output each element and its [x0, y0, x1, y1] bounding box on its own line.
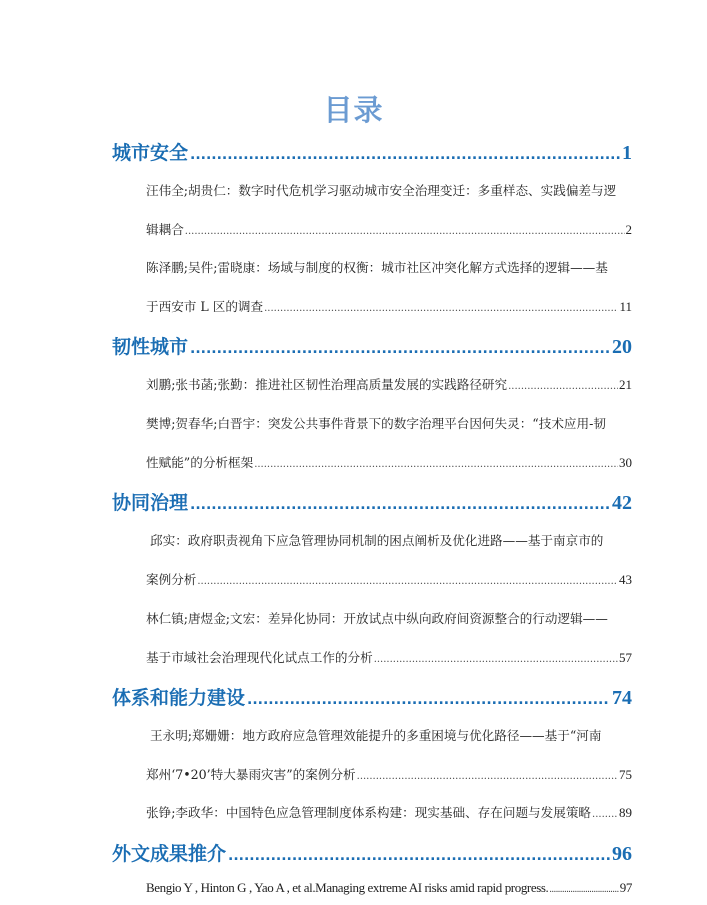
- table-of-contents-page: 目录 城市安全 1 汪伟全;胡贵仁：数字时代危机学习驱动城市安全治理变迁：多重样…: [0, 0, 707, 905]
- section-page-number: 20: [612, 336, 632, 359]
- entry-page-number: 11: [619, 299, 632, 315]
- section-page-number: 1: [622, 142, 632, 165]
- toc-entry-line[interactable]: 于西安市 L 区的调查 11: [146, 296, 632, 315]
- entry-page-number: 43: [619, 572, 632, 588]
- entry-title-cont: 性赋能”的分析框架: [146, 452, 253, 471]
- entry-title-cont: 郑州‘7•20’特大暴雨灾害”的案例分析: [146, 764, 356, 783]
- toc-entry-line[interactable]: 刘鹏;张书菡;张勤：推进社区韧性治理高质量发展的实践路径研究 21: [146, 374, 632, 393]
- section-heading: 韧性城市: [112, 332, 188, 359]
- entry-title: Bengio Y , Hinton G , Yao A , et al.Mana…: [146, 880, 548, 896]
- toc-entry-line[interactable]: 邱实：政府职责视角下应急管理协同机制的困点阐析及优化进路——基于南京市的: [150, 530, 632, 549]
- toc-entry-line[interactable]: 樊博;贺春华;白晋宇：突发公共事件背景下的数字治理平台因何失灵：“技术应用-韧: [146, 413, 632, 432]
- toc-entry-line[interactable]: 基于市域社会治理现代化试点工作的分析 57: [146, 647, 632, 666]
- toc-entry-line[interactable]: 案例分析 43: [146, 569, 632, 588]
- dot-leader: [190, 497, 610, 513]
- entry-title-cont: 于西安市 L 区的调查: [146, 296, 263, 315]
- toc-section-urban-safety[interactable]: 城市安全 1: [112, 138, 632, 165]
- toc-section-collaborative-governance[interactable]: 协同治理 42: [112, 488, 632, 515]
- toc-entry-line[interactable]: Bengio Y , Hinton G , Yao A , et al.Mana…: [146, 880, 632, 896]
- section-heading: 外文成果推介: [112, 839, 226, 866]
- dot-leader: [185, 226, 625, 237]
- entry-title: 陈泽鹏;吴件;雷晓康：场域与制度的权衡：城市社区冲突化解方式选择的逻辑——基: [146, 257, 608, 276]
- toc-entry-line[interactable]: 张铮;李政华：中国特色应急管理制度体系构建：现实基础、存在问题与发展策略 89: [146, 802, 632, 821]
- dot-leader: [508, 381, 618, 392]
- entry-page-number: 75: [619, 767, 632, 783]
- entry-title: 林仁镇;唐煜金;文宏：差异化协同：开放试点中纵向政府间资源整合的行动逻辑——: [146, 608, 608, 627]
- entry-page-number: 57: [619, 650, 632, 666]
- dot-leader: [228, 848, 610, 864]
- section-heading: 城市安全: [112, 138, 188, 165]
- section-page-number: 74: [612, 687, 632, 710]
- toc-entry-line[interactable]: 郑州‘7•20’特大暴雨灾害”的案例分析 75: [146, 764, 632, 783]
- toc-entry-line[interactable]: 陈泽鹏;吴件;雷晓康：场域与制度的权衡：城市社区冲突化解方式选择的逻辑——基: [146, 257, 632, 276]
- dot-leader: [247, 692, 610, 708]
- toc-section-foreign-research[interactable]: 外文成果推介 96: [112, 839, 632, 866]
- entry-title: 汪伟全;胡贵仁：数字时代危机学习驱动城市安全治理变迁：多重样态、实践偏差与逻: [146, 180, 616, 199]
- section-page-number: 96: [612, 843, 632, 866]
- toc-entry-line[interactable]: 辑耦合 2: [146, 219, 632, 238]
- toc-entry-line[interactable]: 汪伟全;胡贵仁：数字时代危机学习驱动城市安全治理变迁：多重样态、实践偏差与逻: [146, 180, 632, 199]
- dot-leader: [592, 809, 618, 820]
- entry-page-number: 2: [626, 222, 633, 238]
- entry-page-number: 97: [620, 880, 632, 896]
- toc-entry-line[interactable]: 王永明;郑姗姗：地方政府应急管理效能提升的多重困境与优化路径——基于“河南: [150, 725, 632, 744]
- section-page-number: 42: [612, 492, 632, 515]
- dot-leader: [357, 771, 618, 782]
- dot-leader: [374, 654, 618, 665]
- section-heading: 体系和能力建设: [112, 683, 245, 710]
- toc-section-resilient-city[interactable]: 韧性城市 20: [112, 332, 632, 359]
- entry-page-number: 21: [619, 377, 632, 393]
- section-heading: 协同治理: [112, 488, 188, 515]
- entry-title-cont: 辑耦合: [146, 219, 184, 238]
- toc-entry-line[interactable]: 性赋能”的分析框架 30: [146, 452, 632, 471]
- entry-title: 王永明;郑姗姗：地方政府应急管理效能提升的多重困境与优化路径——基于“河南: [150, 725, 601, 744]
- page-title: 目录: [0, 88, 707, 129]
- toc-entry-line[interactable]: 林仁镇;唐煜金;文宏：差异化协同：开放试点中纵向政府间资源整合的行动逻辑——: [146, 608, 632, 627]
- dot-leader: [190, 147, 620, 163]
- entry-title-cont: 案例分析: [146, 569, 196, 588]
- entry-page-number: 30: [619, 455, 632, 471]
- entry-title: 张铮;李政华：中国特色应急管理制度体系构建：现实基础、存在问题与发展策略: [146, 802, 591, 821]
- toc-section-system-capacity[interactable]: 体系和能力建设 74: [112, 683, 632, 710]
- entry-title: 樊博;贺春华;白晋宇：突发公共事件背景下的数字治理平台因何失灵：“技术应用-韧: [146, 413, 606, 432]
- dot-leader: [254, 459, 618, 470]
- entry-title-cont: 基于市域社会治理现代化试点工作的分析: [146, 647, 373, 666]
- dot-leader: [264, 303, 618, 314]
- entry-page-number: 89: [619, 805, 632, 821]
- entry-title: 刘鹏;张书菡;张勤：推进社区韧性治理高质量发展的实践路径研究: [146, 374, 507, 393]
- dot-leader: [549, 884, 618, 895]
- dot-leader: [190, 341, 610, 357]
- entry-title: 邱实：政府职责视角下应急管理协同机制的困点阐析及优化进路——基于南京市的: [150, 530, 603, 549]
- dot-leader: [197, 576, 618, 587]
